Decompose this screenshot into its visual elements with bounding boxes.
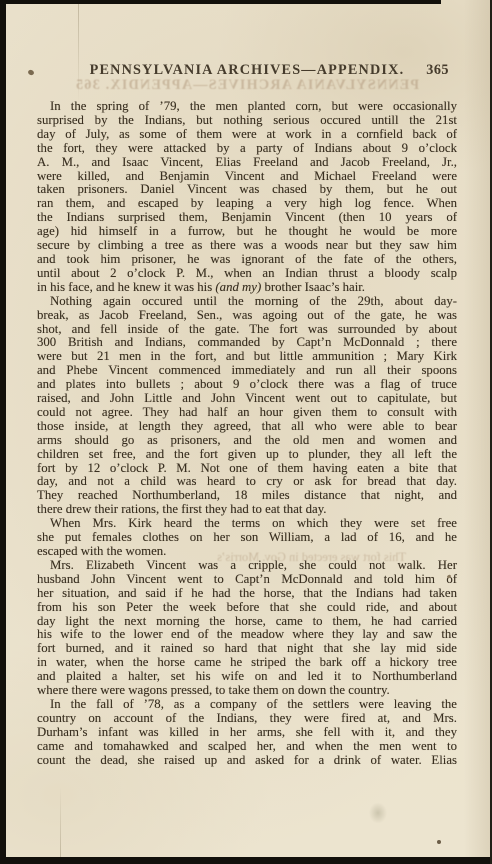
page-paper: PENNSYLVANIA ARCHIVES—APPENDIX. 365 PENN… [0, 0, 492, 864]
page-number: 365 [426, 62, 449, 79]
scan-edge-left [0, 0, 6, 864]
text-line: taken prisoners. Daniel Vincent was chas… [37, 183, 457, 197]
scanned-page: PENNSYLVANIA ARCHIVES—APPENDIX. 365 PENN… [0, 0, 492, 864]
text-line: and plaited a halter, set his wife on an… [37, 670, 457, 684]
text-line: They reached Northumberland, 18 miles di… [37, 489, 457, 503]
text-line: shot, and fell inside of the gate. The f… [37, 323, 457, 337]
text-line: and took him prisoner, he was ignorant o… [37, 253, 457, 267]
text-line: the fort, they were attacked by a party … [37, 142, 457, 156]
text-line: were but 21 men in the fort, and but lit… [37, 350, 457, 364]
text-line: those inside, at length they agreed, tha… [37, 420, 457, 434]
body-text: In the spring of ’79, the men planted co… [37, 100, 457, 768]
page-edge-shadow [464, 0, 490, 864]
text-line: could not agree. They had half an hour g… [37, 406, 457, 420]
text-line: in water, when the horse came he striped… [37, 656, 457, 670]
paper-crease [78, 4, 79, 104]
text-line: arms should go as prisoners, and the old… [37, 434, 457, 448]
text-line: husband John Vincent went to Capt’n McDo… [37, 573, 457, 587]
text-line: secure by climbing a tree as there was a… [37, 239, 457, 253]
text-line: she put females clothes on her son Willi… [37, 531, 457, 545]
text-line: escaped with the women. [37, 545, 457, 559]
paragraph: In the fall of ’78, as a company of the … [37, 698, 457, 768]
text-line: children set free, and the fort given up… [37, 448, 457, 462]
running-header: PENNSYLVANIA ARCHIVES—APPENDIX. 365 [37, 62, 457, 80]
text-line: 300 British and Indians, commanded by Ca… [37, 336, 457, 350]
text-line: were killed, and Benjamin Vincent and Mi… [37, 170, 457, 184]
text-line: her situation, and said if he had the ho… [37, 587, 457, 601]
paragraph: When Mrs. Kirk heard the terms on which … [37, 517, 457, 559]
text-line: day of July, as some of them were at wor… [37, 128, 457, 142]
text-line: age) hid himself in a furrow, but he tho… [37, 225, 457, 239]
scan-edge-top [0, 0, 441, 4]
text-line: ran them, and escaped by leaping a very … [37, 197, 457, 211]
text-line: and Phebe Vincent commenced immediately … [37, 364, 457, 378]
text-line: where there were wagons pressed, to take… [37, 684, 457, 698]
text-line: came and tomahawked and scalped her, and… [37, 740, 457, 754]
text-line: In the fall of ’78, as a company of the … [37, 698, 457, 712]
text-line: break, as Jacob Freeland, Sen., was agoi… [37, 309, 457, 323]
text-line: country on account of the Indians, they … [37, 712, 457, 726]
text-line: Nothing again occured until the morning … [37, 295, 457, 309]
text-line: the Indians surprised them, Benjamin Vin… [37, 211, 457, 225]
text-line: and plates into bullets ; about 9 o’cloc… [37, 378, 457, 392]
text-line: A. M., and Isaac Vincent, Elias Freeland… [37, 156, 457, 170]
text-line: Durham’s infant was killed in her arms, … [37, 726, 457, 740]
paper-crease [60, 787, 61, 857]
text-line: in his face, and he knew it was his (and… [37, 281, 457, 295]
text-line: surprised by the Indians, but nothing se… [37, 114, 457, 128]
text-line: When Mrs. Kirk heard the terms on which … [37, 517, 457, 531]
ink-speck [437, 840, 441, 844]
ink-speck [27, 69, 35, 76]
paragraph: Nothing again occured until the morning … [37, 295, 457, 518]
text-line: In the spring of ’79, the men planted co… [37, 100, 457, 114]
text-line: raised, and John Little and John Vincent… [37, 392, 457, 406]
text-line: Mrs. Elizabeth Vincent was a cripple, sh… [37, 559, 457, 573]
text-line: from his son Peter the week before that … [37, 601, 457, 615]
text-line: fort by 12 o’clock P. M. Not one of them… [37, 462, 457, 476]
text-line: fort burned, and it rained so hard that … [37, 642, 457, 656]
paragraph: Mrs. Elizabeth Vincent was a cripple, sh… [37, 559, 457, 698]
text-line: there drew their rations, the first they… [37, 503, 457, 517]
text-line: day, and not a child was heard to cry or… [37, 475, 457, 489]
paragraph: In the spring of ’79, the men planted co… [37, 100, 457, 295]
text-line: until about 2 o’clock P. M., when an Ind… [37, 267, 457, 281]
header-title: PENNSYLVANIA ARCHIVES—APPENDIX. [90, 62, 405, 78]
paper-stain [366, 799, 390, 827]
text-line: count the dead, she raised up and asked … [37, 754, 457, 768]
text-line: his wife to the lower end of the meadow … [37, 628, 457, 642]
text-line: day light the next morning the horse, ca… [37, 615, 457, 629]
scan-edge-bottom [0, 857, 492, 864]
